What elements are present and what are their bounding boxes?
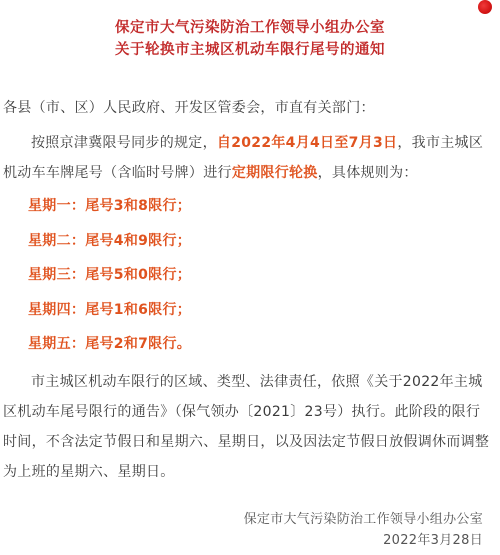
document-title: 保定市大气污染防治工作领导小组办公室 关于轮换市主城区机动车限行尾号的通知 [0,17,500,61]
para2-text: 市主城区机动车限行的区域、类型、法律责任，依照《关于2022年主城区机动车尾号限… [3,374,489,480]
rule-friday: 星期五：尾号2和7限行。 [28,333,191,368]
para1-after: ，具体规则为： [318,165,418,181]
paragraph-details: 市主城区机动车限行的区域、类型、法律责任，依照《关于2022年主城区机动车尾号限… [3,367,491,487]
paragraph-intro: 按照京津冀限号同步的规定，自2022年4月4日至7月3日，我市主城区机动车车牌尾… [3,128,491,188]
red-dot-icon [478,0,492,14]
rotation-highlight: 定期限行轮换 [232,165,318,181]
rule-monday: 星期一：尾号3和8限行； [28,195,191,230]
rule-thursday: 星期四：尾号1和6限行； [28,299,191,334]
signature-block: 保定市大气污染防治工作领导小组办公室 2022年3月28日 [244,509,483,551]
restriction-rules-list: 星期一：尾号3和8限行； 星期二：尾号4和9限行； 星期三：尾号5和0限行； 星… [28,195,191,368]
date-range-highlight: 自2022年4月4日至7月3日 [217,135,397,151]
title-line-1: 保定市大气污染防治工作领导小组办公室 [0,17,500,39]
rule-wednesday: 星期三：尾号5和0限行； [28,264,191,299]
title-line-2: 关于轮换市主城区机动车限行尾号的通知 [0,39,500,61]
rule-tuesday: 星期二：尾号4和9限行； [28,230,191,265]
signature-date: 2022年3月28日 [244,530,483,551]
signature-org: 保定市大气污染防治工作领导小组办公室 [244,509,483,530]
salutation: 各县（市、区）人民政府、开发区管委会，市直有关部门： [3,97,500,119]
para1-before: 按照京津冀限号同步的规定， [31,135,217,151]
